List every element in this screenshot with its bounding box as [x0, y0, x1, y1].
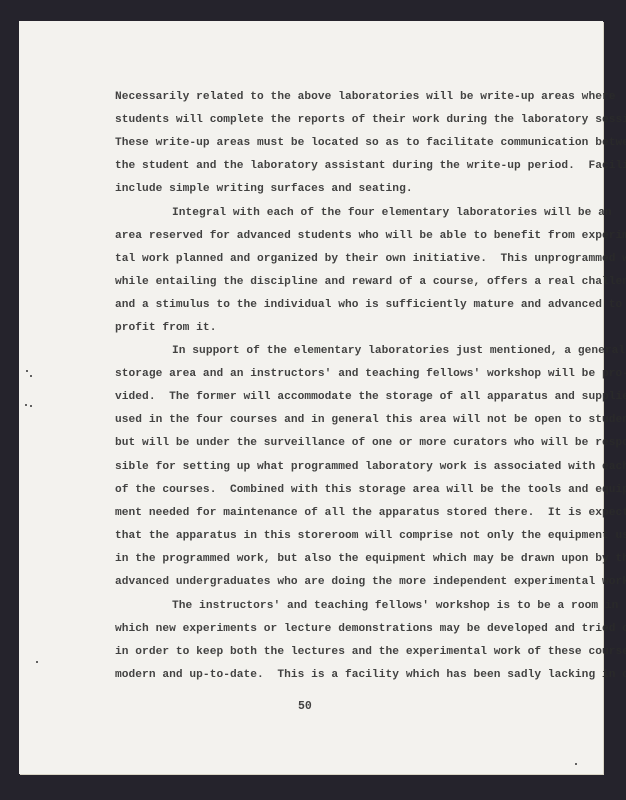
text-line: used in the four courses and in general …: [115, 414, 626, 426]
text-line: storage area and an instructors' and tea…: [115, 368, 626, 380]
text-line: and a stimulus to the individual who is …: [115, 299, 622, 311]
text-line: area reserved for advanced students who …: [115, 230, 626, 242]
text-line: that the apparatus in this storeroom wil…: [115, 530, 626, 542]
text-line: In support of the elementary laboratorie…: [172, 345, 625, 357]
scan-mark: [26, 370, 28, 372]
text-line: These write-up areas must be located so …: [115, 137, 626, 149]
text-line: include simple writing surfaces and seat…: [115, 183, 413, 195]
text-line: tal work planned and organized by their …: [115, 253, 626, 265]
text-line: The instructors' and teaching fellows' w…: [172, 600, 618, 612]
scan-mark: [25, 404, 27, 406]
text-line: Integral with each of the four elementar…: [172, 207, 612, 219]
scan-mark: [36, 661, 38, 663]
document-page: Necessarily related to the above laborat…: [19, 21, 603, 774]
text-line: ment needed for maintenance of all the a…: [115, 507, 626, 519]
text-line: modern and up-to-date. This is a facilit…: [115, 669, 626, 681]
scan-mark: [575, 763, 577, 765]
text-line: while entailing the discipline and rewar…: [115, 276, 626, 288]
text-line: vided. The former will accommodate the s…: [115, 391, 626, 403]
text-line: in the programmed work, but also the equ…: [115, 553, 626, 565]
text-line: in order to keep both the lectures and t…: [115, 646, 626, 658]
scan-mark: [30, 405, 32, 407]
text-line: students will complete the reports of th…: [115, 114, 626, 126]
text-line: the student and the laboratory assistant…: [115, 160, 626, 172]
text-line: profit from it.: [115, 322, 216, 334]
page-number: 50: [298, 700, 312, 713]
scan-mark: [30, 375, 32, 377]
text-line: which new experiments or lecture demonst…: [115, 623, 626, 635]
text-line: of the courses. Combined with this stora…: [115, 484, 626, 496]
text-line: advanced undergraduates who are doing th…: [115, 576, 626, 588]
text-line: sible for setting up what programmed lab…: [115, 461, 626, 473]
text-line: but will be under the surveillance of on…: [115, 437, 626, 449]
text-line: Necessarily related to the above laborat…: [115, 91, 616, 103]
